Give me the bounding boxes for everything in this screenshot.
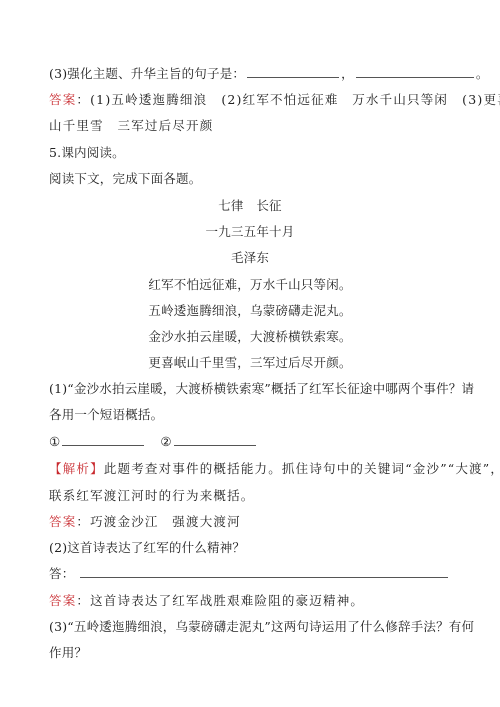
poem-date: 一九三五年十月 xyxy=(0,224,500,240)
period: 。 xyxy=(476,66,489,81)
poem-line: 红军不怕远征难，万水千山只等闲。 xyxy=(0,277,500,293)
question-3-line-2: 作用？ xyxy=(49,645,87,661)
answer-blank-event-2[interactable] xyxy=(174,434,256,446)
blank-marker-2: ② xyxy=(160,434,171,449)
poem-line: 更喜岷山千里雪，三军过后尽开颜。 xyxy=(0,355,500,371)
section-heading: 5.课内阅读。 xyxy=(49,145,125,161)
question-1-line-2: 各用一个短语概括。 xyxy=(49,407,163,423)
question-2: (2)这首诗表达了红军的什么精神？ xyxy=(49,540,245,556)
answer-block-q1: 答案：巧渡金沙江 强渡大渡河 xyxy=(49,514,241,530)
section-instruction: 阅读下文，完成下面各题。 xyxy=(49,171,201,187)
answer-label: 答案 xyxy=(49,593,76,608)
answer-block-1-cont: 山千里雪 三军过后尽开颜 xyxy=(49,118,213,134)
answer-part-3: (3)更喜岷 xyxy=(462,92,500,107)
poem-title: 七律 长征 xyxy=(0,198,500,214)
answer-label: 答案 xyxy=(49,514,76,529)
answer-block-q2: 答案：这首诗表达了红军战胜艰难险阻的豪迈精神。 xyxy=(49,593,364,609)
answer-colon: ： xyxy=(76,593,90,608)
question-1-blanks: ①② xyxy=(49,434,258,450)
answer-blank-event-1[interactable] xyxy=(62,434,144,446)
poem-author: 毛泽东 xyxy=(0,250,500,266)
question-2-answer-line: 答： xyxy=(49,566,450,582)
answer-part-1: (1)五岭逶迤腾细浪 xyxy=(90,92,207,107)
comma: ， xyxy=(341,66,354,81)
analysis-label: 【解析】 xyxy=(49,461,104,476)
answer-text: 这首诗表达了红军战胜艰难险阻的豪迈精神。 xyxy=(90,593,364,608)
answer-label: 答案 xyxy=(49,92,76,107)
analysis-text: 此题考查对事件的概括能力。抓住诗句中的关键词“金沙”“大渡”， xyxy=(104,461,500,476)
analysis-block: 【解析】此题考查对事件的概括能力。抓住诗句中的关键词“金沙”“大渡”， xyxy=(49,461,500,477)
answer-text: 巧渡金沙江 强渡大渡河 xyxy=(90,514,241,529)
q3-theme-prompt: (3)强化主题、升华主旨的句子是：，。 xyxy=(49,66,489,82)
q3-theme-prompt-text: (3)强化主题、升华主旨的句子是： xyxy=(49,66,245,81)
question-3-line-1: (3)“五岭逶迤腾细浪，乌蒙磅礴走泥丸”这两句诗运用了什么修辞手法？有何 xyxy=(49,619,474,635)
answer-part-2: (2)红军不怕远征难 万水千山只等闲 xyxy=(221,92,448,107)
blank-marker-1: ① xyxy=(49,434,60,449)
answer-colon: ： xyxy=(76,92,90,107)
document-page: (3)强化主题、升华主旨的句子是：，。 答案：(1)五岭逶迤腾细浪(2)红军不怕… xyxy=(0,0,500,707)
question-1-line-1: (1)“金沙水拍云崖暖，大渡桥横铁索寒”概括了红军长征途中哪两个事件？请 xyxy=(49,381,474,397)
analysis-text-cont: 联系红军渡江河时的行为来概括。 xyxy=(49,488,255,504)
answer-blank-spirit[interactable] xyxy=(80,566,448,578)
answer-block-1: 答案：(1)五岭逶迤腾细浪(2)红军不怕远征难 万水千山只等闲(3)更喜岷 xyxy=(49,92,500,108)
poem-line: 五岭逶迤腾细浪，乌蒙磅礴走泥丸。 xyxy=(0,303,500,319)
poem-line: 金沙水拍云崖暖，大渡桥横铁索寒。 xyxy=(0,329,500,345)
answer-blank-1[interactable] xyxy=(247,66,339,78)
answer-prefix: 答： xyxy=(49,566,74,581)
answer-colon: ： xyxy=(76,514,90,529)
answer-blank-2[interactable] xyxy=(356,66,474,78)
